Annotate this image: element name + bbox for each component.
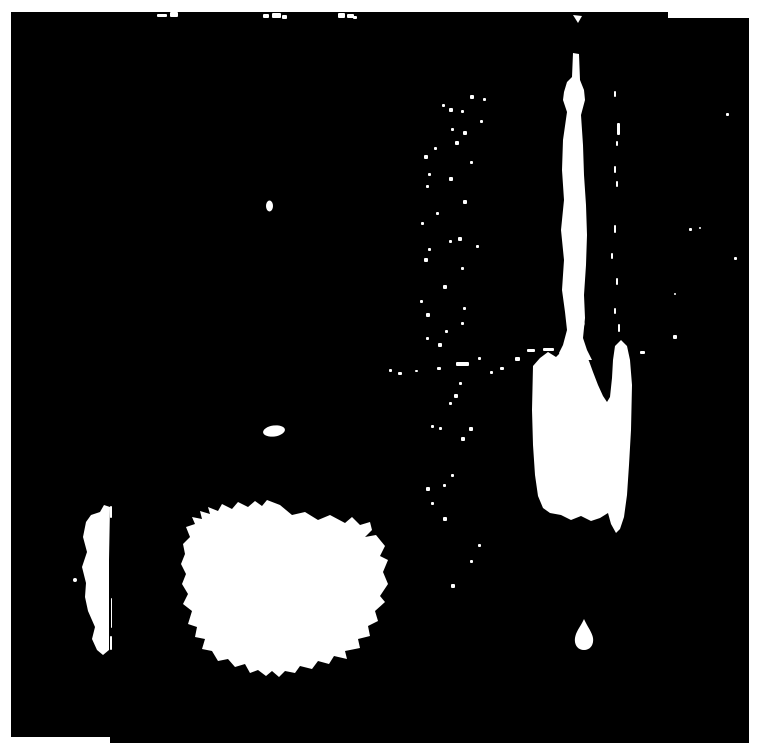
left-band-speck [420, 300, 423, 303]
left-band-speck [461, 267, 464, 270]
top-edge-speck [272, 13, 281, 18]
right-line-speck [617, 123, 620, 135]
left-band-speck [445, 330, 448, 333]
photo-black-region [11, 12, 749, 743]
splash-zone-speck [437, 367, 441, 370]
top-edge-speck [681, 13, 686, 16]
left-band-speck [458, 237, 462, 241]
left-band-speck [454, 394, 458, 398]
left-band-speck [478, 544, 481, 547]
splash-zone-speck [553, 361, 559, 364]
binarized-photo-frame [0, 0, 762, 755]
left-band-speck [426, 313, 430, 317]
left-band-speck [463, 307, 466, 310]
splash-zone-speck [500, 367, 504, 370]
top-edge-speck [692, 14, 696, 17]
right-line-speck [611, 253, 613, 259]
left-band-speck [426, 337, 429, 340]
scene-svg [0, 0, 762, 755]
left-band-speck [451, 584, 455, 588]
splash-zone-speck [456, 362, 469, 366]
left-band-speck [438, 343, 442, 347]
right-line-speck [616, 141, 618, 146]
right-sparse-speck [734, 257, 737, 260]
left-band-speck [421, 222, 424, 225]
fragment-slivers-speck [111, 598, 112, 628]
left-band-speck [461, 110, 464, 113]
right-sparse-speck [726, 113, 729, 116]
left-band-speck [449, 240, 452, 243]
left-band-speck [463, 200, 467, 204]
fragment-slivers-speck [110, 506, 112, 518]
right-sparse-speck [699, 227, 701, 229]
left-band-speck [443, 285, 447, 289]
left-band-speck [451, 474, 454, 477]
left-band-speck [434, 147, 437, 150]
left-band-speck [478, 357, 481, 360]
right-sparse-speck [673, 335, 677, 339]
left-band-speck [449, 402, 452, 405]
splash-zone-speck [527, 349, 535, 352]
right-line-speck [614, 91, 616, 97]
left-band-speck [436, 212, 439, 215]
left-band-speck [428, 248, 431, 251]
left-band-speck [428, 173, 431, 176]
left-band-speck [424, 258, 428, 262]
small-dot [266, 201, 273, 212]
fragment-slivers-speck [110, 636, 112, 650]
left-band-speck [476, 245, 479, 248]
left-band-speck [426, 185, 429, 188]
left-band-speck [470, 95, 474, 99]
left-band-speck [469, 427, 473, 431]
top-edge-speck [282, 15, 287, 19]
top-edge-speck [263, 14, 269, 18]
left-band-speck [426, 487, 430, 491]
right-line-speck [614, 166, 616, 173]
left-band-speck [463, 131, 467, 135]
left-band-speck [424, 155, 428, 159]
right-line-speck [616, 181, 618, 187]
left-band-speck [443, 484, 446, 487]
right-line-speck [618, 324, 620, 332]
splash-zone-speck [543, 348, 554, 351]
left-band-speck [451, 128, 454, 131]
left-band-speck [439, 427, 442, 430]
top-edge-speck [353, 16, 357, 19]
right-line-speck [619, 342, 622, 349]
right-line-speck [621, 352, 624, 358]
receiving-vessel [532, 340, 632, 533]
left-band-speck [470, 560, 473, 563]
top-edge-speck [338, 13, 345, 18]
left-band-speck [449, 177, 453, 181]
splash-zone-speck [389, 369, 392, 372]
left-band-speck [442, 104, 445, 107]
splash-zone-speck [415, 370, 418, 372]
right-line-speck [614, 308, 616, 314]
splash-zone-speck [640, 351, 645, 354]
top-edge-speck [347, 14, 354, 18]
left-band-speck [480, 120, 483, 123]
right-sparse-speck [689, 228, 692, 231]
left-band-speck [455, 141, 459, 145]
left-band-speck [470, 161, 473, 164]
splash-zone-speck [490, 371, 493, 374]
top-edge-speck [157, 14, 167, 17]
right-line-speck [614, 225, 616, 233]
right-line-speck [616, 278, 618, 285]
left-band-speck [443, 517, 447, 521]
splash-zone-speck [515, 357, 520, 361]
left-band-speck [449, 108, 453, 112]
left-band-speck [461, 437, 465, 441]
left-band-speck [431, 425, 434, 428]
left-band-speck [483, 98, 486, 101]
splash-zone-speck [398, 372, 402, 375]
fragment-dot [73, 578, 77, 582]
left-band-speck [431, 502, 434, 505]
left-band-speck [461, 322, 464, 325]
left-band-speck [459, 382, 462, 385]
top-edge-speck [170, 12, 178, 17]
right-sparse-speck [674, 293, 676, 295]
